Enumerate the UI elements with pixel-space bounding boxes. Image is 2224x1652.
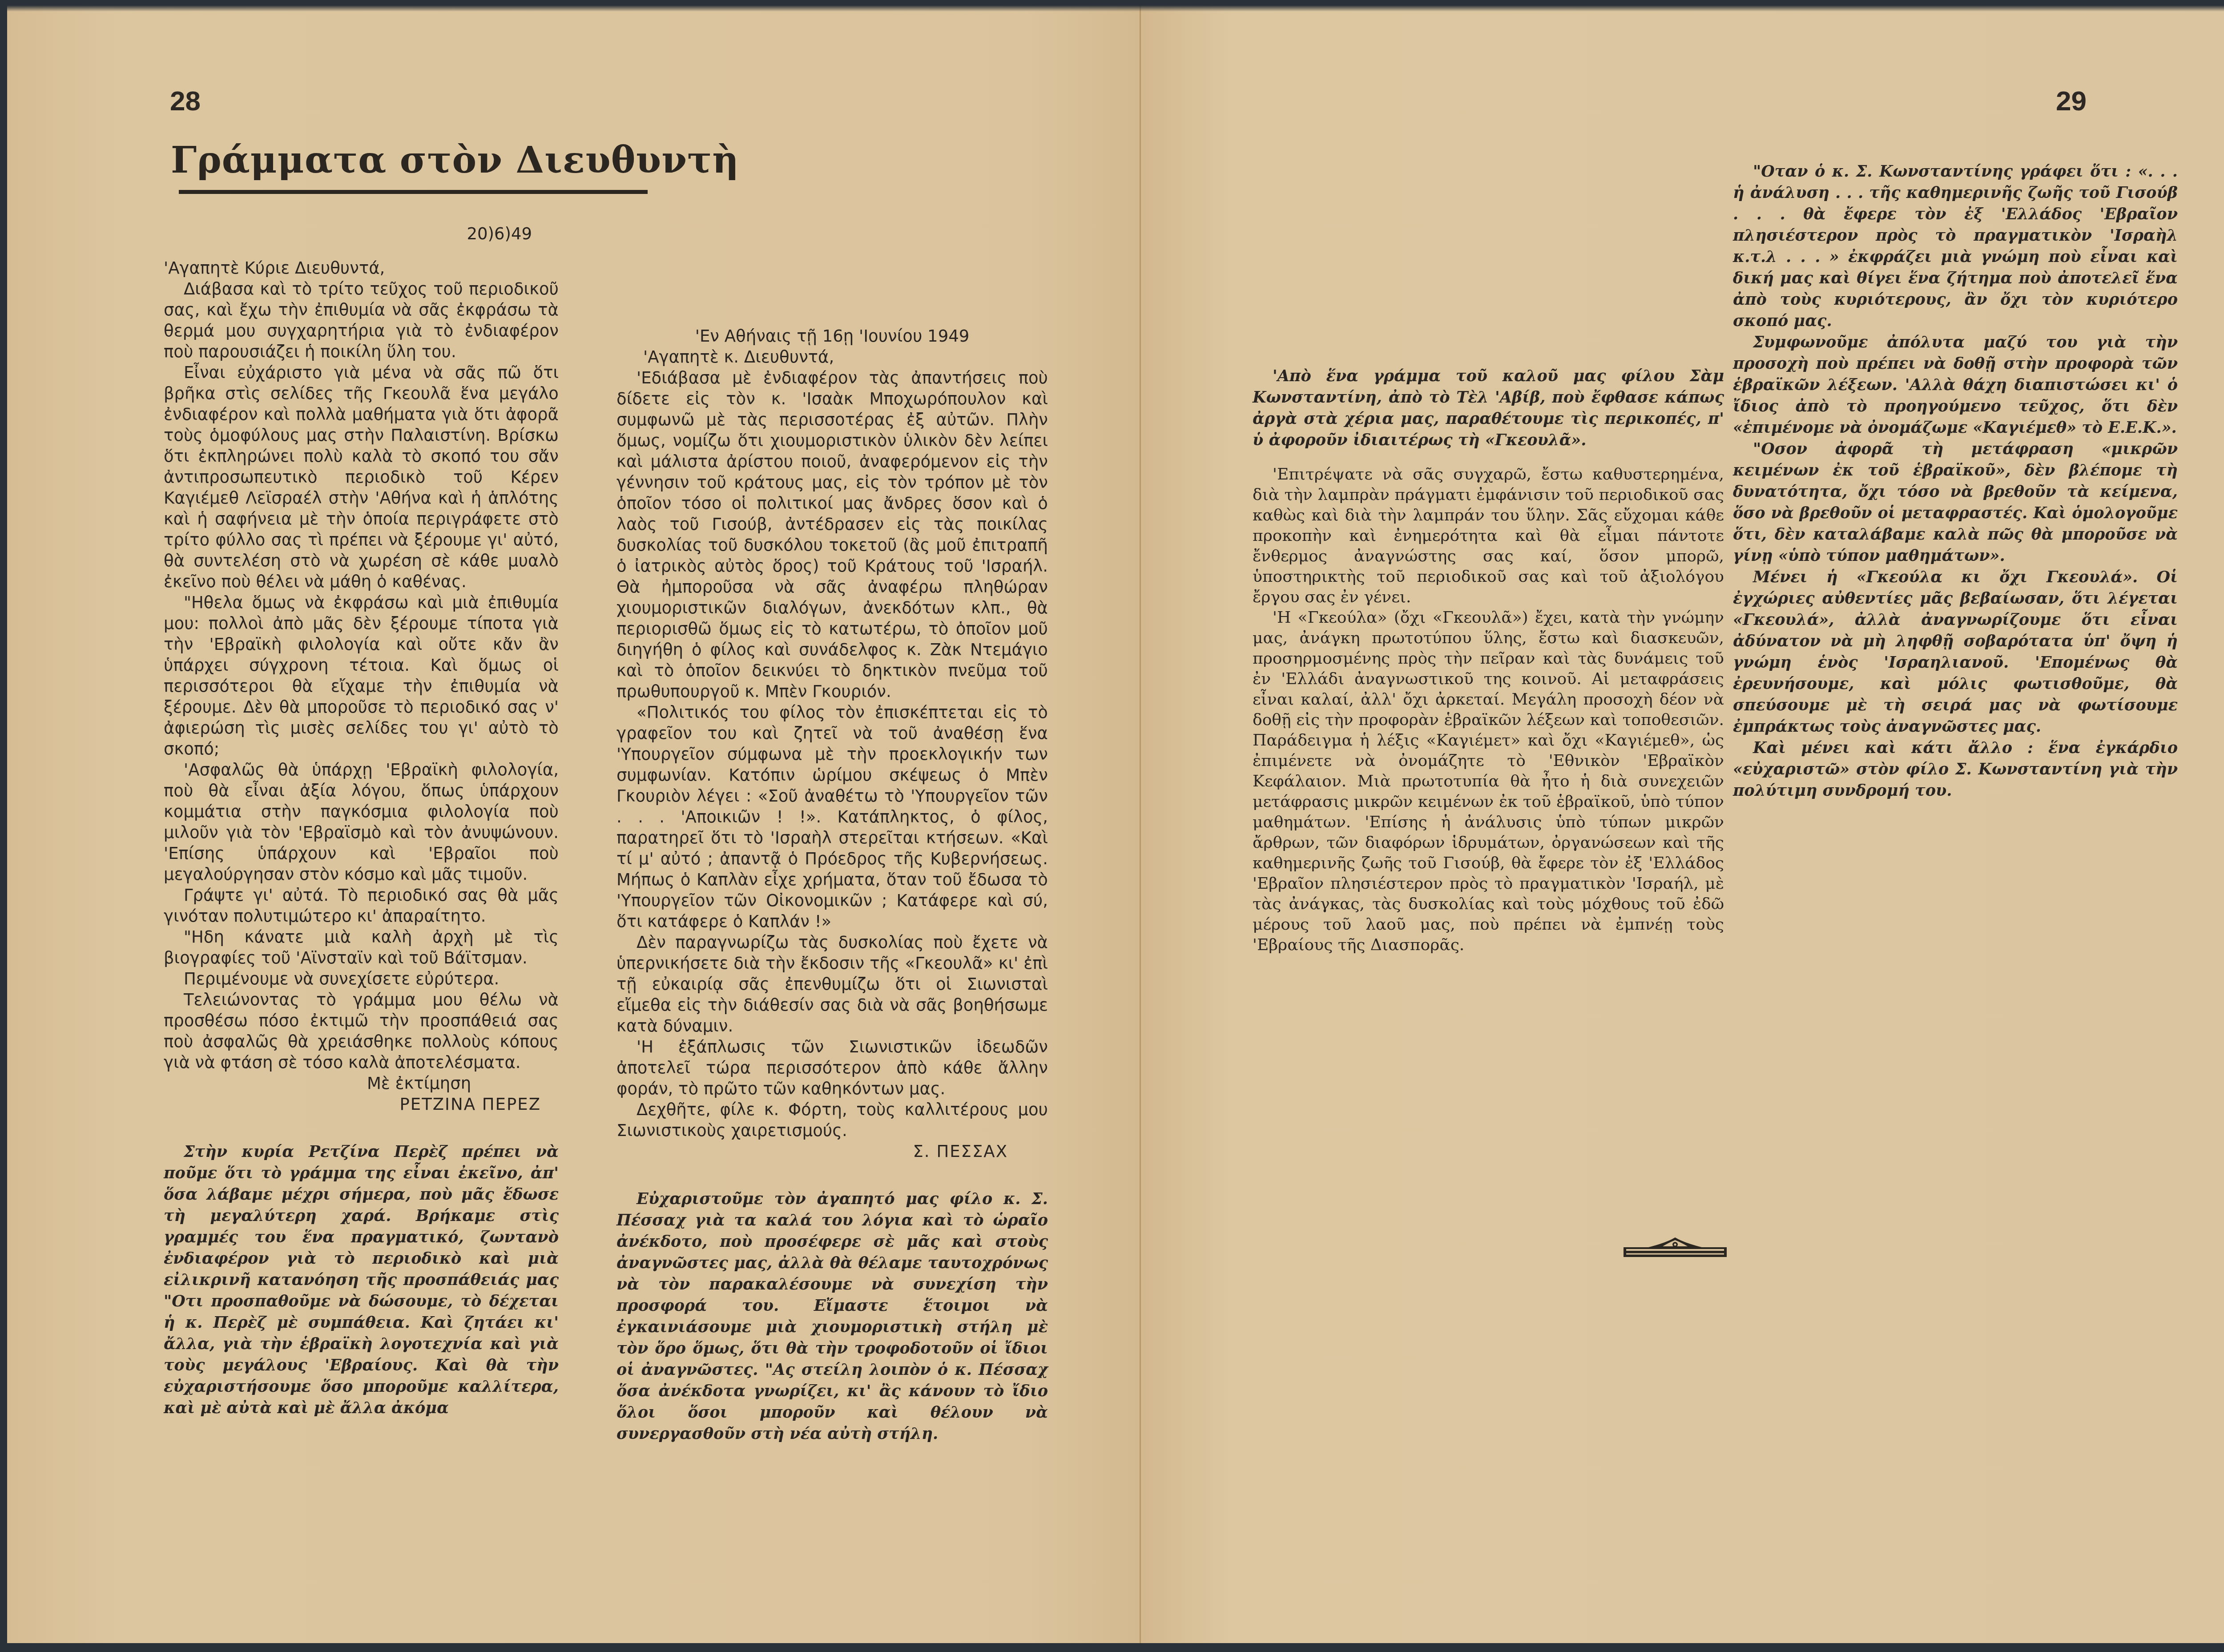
editor-reply-3: "Οταν ὁ κ. Σ. Κωνσταντίνης γράφει ὅτι : … [1733, 161, 2178, 332]
letter3-paragraph: 'Η «Γκεούλα» (ὄχι «Γκεουλᾶ») ἔχει, κατὰ … [1253, 608, 1724, 955]
page-title: Γράμματα στὸν Διευθυντὴ [171, 139, 739, 181]
letter1-paragraph: Διάβασα καὶ τὸ τρίτο τεῦχος τοῦ περιοδικ… [164, 278, 559, 362]
spine-gutter [1140, 5, 1141, 1643]
letter2-dateline: 'Εν Αθήναις τῇ 16ῃ 'Ιουνίου 1949 [616, 326, 1048, 347]
letter1-paragraph: Περιμένουμε νὰ συνεχίσετε εὐρύτερα. [164, 968, 559, 989]
right-page-right-column: "Οταν ὁ κ. Σ. Κωνσταντίνης γράφει ὅτι : … [1733, 134, 2178, 802]
editor-reply-3: "Οσον ἀφορᾶ τὴ μετάφραση «μικρῶν κειμένω… [1733, 439, 2178, 567]
right-page-left-column: 'Απὸ ἕνα γράμμα τοῦ καλοῦ μας φίλου Σὰμ … [1253, 139, 1724, 955]
decorative-divider-icon [1622, 1233, 1728, 1260]
letter1-paragraph: Εἶναι εὐχάριστο γιὰ μένα νὰ σᾶς πῶ ὅτι β… [164, 362, 559, 592]
editor-reply-3: Συμφωνοῦμε ἀπόλυτα μαζύ του γιὰ τὴν προσ… [1733, 332, 2178, 439]
letter1-signature: ΡΕΤΖΙΝΑ ΠΕΡΕΖ [164, 1094, 559, 1115]
magazine-spread: 28 Γράμματα στὸν Διευθυντὴ 20)6)49 'Αγαπ… [7, 5, 2224, 1643]
letter3-intro: 'Απὸ ἕνα γράμμα τοῦ καλοῦ μας φίλου Σὰμ … [1253, 366, 1724, 451]
letter2-paragraph: Δὲν παραγνωρίζω τὰς δυσκολίας ποὺ ἔχετε … [616, 932, 1048, 1036]
editor-reply-1: Στὴν κυρία Ρετζίνα Περὲζ πρέπει νὰ ποῦμε… [164, 1141, 559, 1419]
letter3-paragraph: 'Επιτρέψατε νὰ σᾶς συγχαρῶ, ἔστω καθυστε… [1253, 464, 1724, 608]
letter1-paragraph: Τελειώνοντας τὸ γράμμα μου θέλω νὰ προσθ… [164, 989, 559, 1073]
letter2-paragraph: «Πολιτικός του φίλος τὸν ἐπισκέπτεται εἰ… [616, 702, 1048, 932]
editor-reply-3: Καὶ μένει καὶ κάτι ἄλλο : ἕνα ἐγκάρδιο «… [1733, 737, 2178, 802]
title-underline [179, 190, 648, 194]
letter2-salutation: 'Αγαπητὲ κ. Διευθυντά, [616, 347, 1048, 367]
letter2-paragraph: 'Εδιάβασα μὲ ἐνδιαφέρον τὰς ἀπαντήσεις π… [616, 367, 1048, 702]
top-edge-shadow [7, 5, 2224, 12]
letter2-signature: Σ. ΠΕΣΣΑΧ [616, 1141, 1048, 1162]
letter2-paragraph: Δεχθῆτε, φίλε κ. Φόρτη, τοὺς καλλιτέρους… [616, 1099, 1048, 1141]
letter1-paragraph: 'Ασφαλῶς θὰ ὑπάρχῃ 'Εβραϊκὴ φιλολογία, π… [164, 759, 559, 885]
letter1-paragraph: Γράψτε γι' αὐτά. Τὸ περιοδικό σας θὰ μᾶς… [164, 885, 559, 927]
letter1-paragraph: "Ηδη κάνατε μιὰ καλὴ ἀρχὴ μὲ τὶς βιογραφ… [164, 927, 559, 968]
editor-reply-2: Εὐχαριστοῦμε τὸν ἀγαπητό μας φίλο κ. Σ. … [616, 1189, 1048, 1445]
letter1-salutation: 'Αγαπητὲ Κύριε Διευθυντά, [164, 258, 559, 278]
letter1-closing: Μὲ ἐκτίμηση [164, 1073, 559, 1094]
page-number-right: 29 [2056, 85, 2087, 117]
letter2-paragraph: 'Η ἐξάπλωσις τῶν Σιωνιστικῶν ἰδεωδῶν ἀπο… [616, 1036, 1048, 1099]
editor-reply-3: Μένει ἡ «Γκεούλα κι ὄχι Γκεουλά». Οἱ ἐγχ… [1733, 567, 2178, 737]
left-column: 20)6)49 'Αγαπητὲ Κύριε Διευθυντά, Διάβασ… [164, 223, 559, 1419]
letter1-paragraph: "Ηθελα ὅμως νὰ ἐκφράσω καὶ μιὰ ἐπιθυμία … [164, 592, 559, 759]
letter1-date: 20)6)49 [164, 223, 559, 244]
page-number-left: 28 [170, 85, 201, 117]
left-page-right-column: 'Εν Αθήναις τῇ 16ῃ 'Ιουνίου 1949 'Αγαπητ… [616, 223, 1048, 1445]
